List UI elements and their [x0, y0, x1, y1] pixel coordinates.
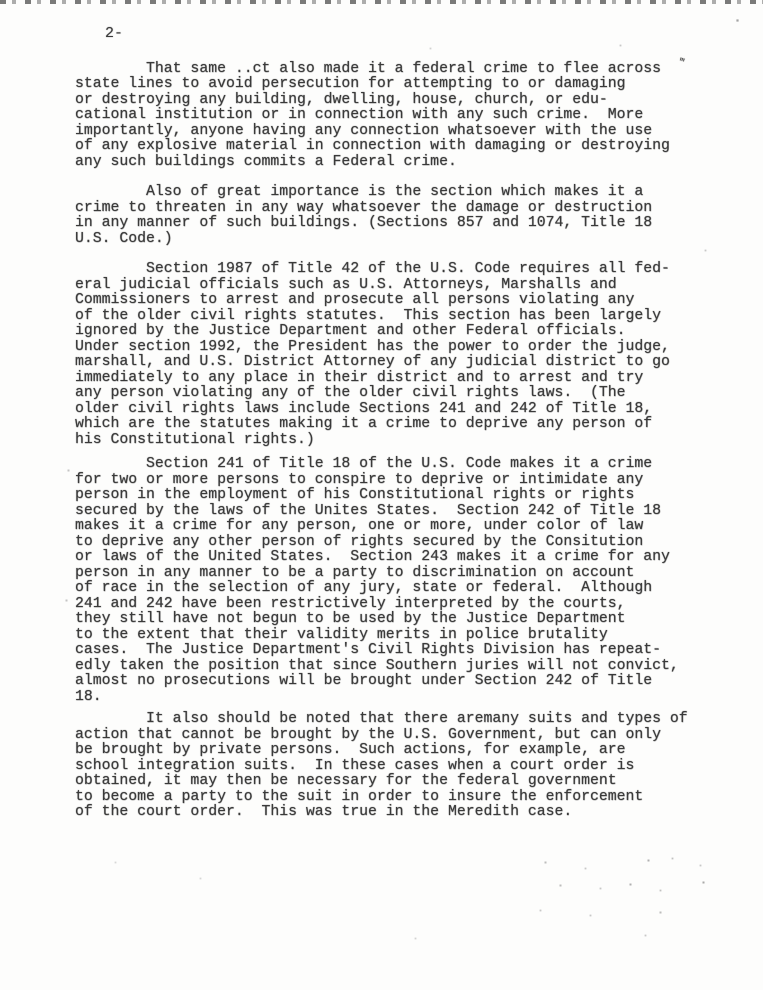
text-line: any person violating any of the older ci… [75, 386, 743, 402]
text-line: person in the employment of his Constitu… [75, 488, 743, 504]
scanned-document-page: ‴ 2- That same ..ct also made it a feder… [0, 0, 763, 990]
text-line: edly taken the position that since South… [75, 659, 743, 675]
paragraph: It also should be noted that there arema… [75, 712, 743, 821]
text-line: 241 and 242 have been restrictively inte… [75, 597, 743, 613]
text-line: That same ..ct also made it a federal cr… [75, 62, 743, 78]
text-line: or laws of the United States. Section 24… [75, 550, 743, 566]
text-line: cases. The Justice Department's Civil Ri… [75, 643, 743, 659]
text-line: almost no prosecutions will be brought u… [75, 674, 743, 690]
text-line: to become a party to the suit in order t… [75, 790, 743, 806]
text-line: older civil rights laws include Sections… [75, 402, 743, 418]
text-line: be brought by private persons. Such acti… [75, 743, 743, 759]
text-line: they still have not begun to be used by … [75, 612, 743, 628]
text-line: Section 241 of Title 18 of the U.S. Code… [75, 457, 743, 473]
text-line: to the extent that their validity merits… [75, 628, 743, 644]
text-line: Under section 1992, the President has th… [75, 340, 743, 356]
scan-noise-speckles [0, 0, 1, 1]
scan-torn-edge [0, 0, 763, 4]
text-line: obtained, it may then be necessary for t… [75, 774, 743, 790]
paragraph: Section 1987 of Title 42 of the U.S. Cod… [75, 262, 743, 448]
text-line: to deprive any other person of rights se… [75, 535, 743, 551]
text-line: of race in the selection of any jury, st… [75, 581, 743, 597]
paragraph: Also of great importance is the section … [75, 185, 743, 247]
text-line: It also should be noted that there arema… [75, 712, 743, 728]
text-line: immediately to any place in their distri… [75, 371, 743, 387]
text-line: eral judicial officials such as U.S. Att… [75, 278, 743, 294]
text-line: importantly, anyone having any connectio… [75, 124, 743, 140]
text-line: state lines to avoid persecution for att… [75, 77, 743, 93]
text-line: 18. [75, 690, 743, 706]
text-line: his Constitutional rights.) [75, 433, 743, 449]
text-line: Section 1987 of Title 42 of the U.S. Cod… [75, 262, 743, 278]
text-line: any such buildings commits a Federal cri… [75, 155, 743, 171]
text-line: makes it a crime for any person, one or … [75, 519, 743, 535]
text-line: for two or more persons to conspire to d… [75, 473, 743, 489]
text-line: or destroying any building, dwelling, ho… [75, 93, 743, 109]
paragraph: That same ..ct also made it a federal cr… [75, 62, 743, 171]
text-line: school integration suits. In these cases… [75, 759, 743, 775]
text-line: ignored by the Justice Department and ot… [75, 324, 743, 340]
text-line: of the older civil rights statutes. This… [75, 309, 743, 325]
text-line: Also of great importance is the section … [75, 185, 743, 201]
paragraph: Section 241 of Title 18 of the U.S. Code… [75, 457, 743, 705]
text-line: action that cannot be brought by the U.S… [75, 728, 743, 744]
text-line: secured by the laws of the Unites States… [75, 504, 743, 520]
text-line: crime to threaten in any way whatsoever … [75, 201, 743, 217]
text-line: cational institution or in connection wi… [75, 108, 743, 124]
text-line: of any explosive material in connection … [75, 139, 743, 155]
text-line: person in any manner to be a party to di… [75, 566, 743, 582]
text-line: in any manner of such buildings. (Sectio… [75, 216, 743, 232]
text-line: U.S. Code.) [75, 232, 743, 248]
text-line: which are the statutes making it a crime… [75, 417, 743, 433]
page-number: 2- [105, 26, 743, 42]
text-line: Commissioners to arrest and prosecute al… [75, 293, 743, 309]
text-line: of the court order. This was true in the… [75, 805, 743, 821]
text-line: marshall, and U.S. District Attorney of … [75, 355, 743, 371]
document-body: 2- That same ..ct also made it a federal… [0, 26, 763, 821]
